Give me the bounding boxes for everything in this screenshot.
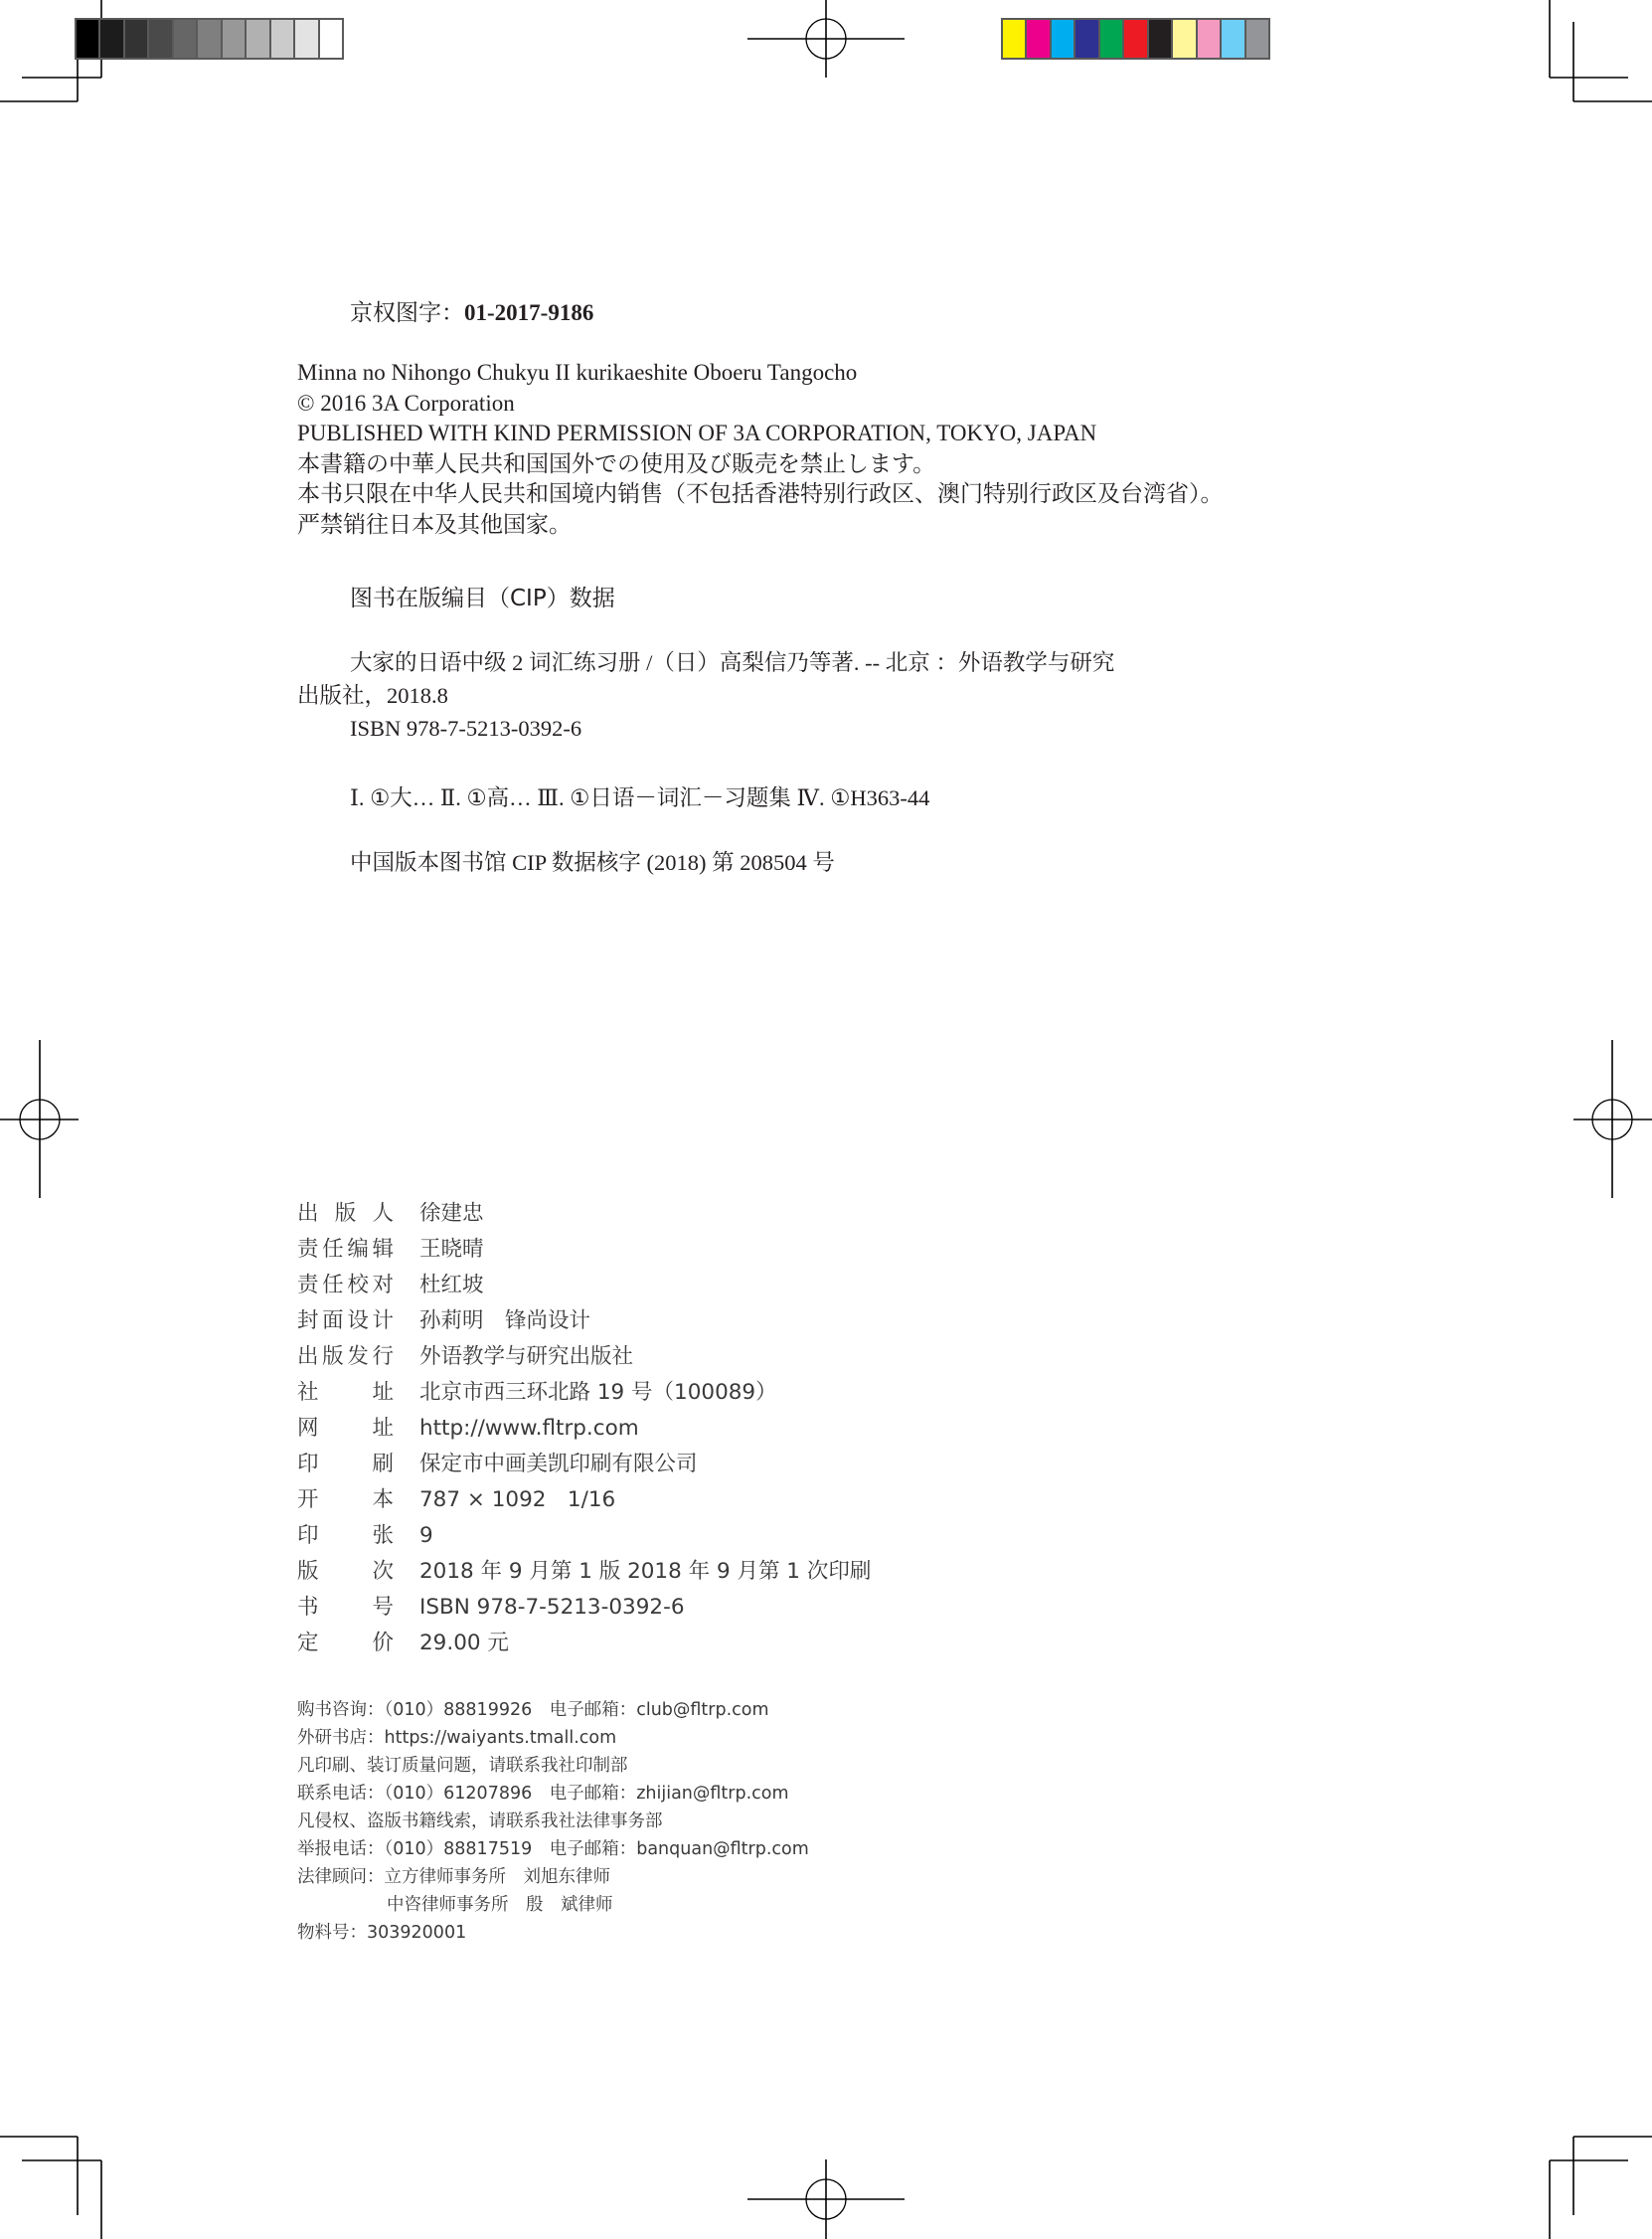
copyright-notice: © 2016 3A Corporation <box>297 389 1224 420</box>
credit-value: 787 × 1092 1/16 <box>419 1482 615 1518</box>
grayscale-swatch <box>271 20 293 58</box>
credit-row: 印刷保定市中画美凯印刷有限公司 <box>297 1447 871 1482</box>
japanese-sales-restriction: 本書籍の中華人民共和国国外での使用及び販売を禁止します。 <box>297 449 1224 480</box>
credit-label: 网址 <box>297 1411 394 1447</box>
credit-value: 29.00 元 <box>419 1626 509 1661</box>
credit-label-char: 张 <box>372 1518 394 1554</box>
material-number: 物料号：303920001 <box>297 1919 809 1947</box>
registration-mark-bottom-icon <box>747 2159 905 2239</box>
credit-label: 封面设计 <box>297 1303 394 1339</box>
credit-row: 网址http://www.fltrp.com <box>297 1411 871 1447</box>
crop-mark-top-right-icon <box>1550 0 1652 101</box>
credit-label-char: 刷 <box>372 1447 394 1482</box>
credit-value: 2018 年 9 月第 1 版 2018 年 9 月第 1 次印刷 <box>419 1554 871 1590</box>
grayscale-swatch <box>149 20 171 58</box>
credit-row: 出版发行外语教学与研究出版社 <box>297 1339 871 1375</box>
credit-label-char: 编 <box>347 1232 369 1268</box>
credit-value: 徐建忠 <box>419 1196 484 1232</box>
piracy-notice: 凡侵权、盗版书籍线索，请联系我社法律事务部 <box>297 1808 809 1835</box>
colophon-credits: 出版人徐建忠责任编辑王晓晴责任校对杜红坡封面设计孙莉明 锋尚设计出版发行外语教学… <box>297 1196 871 1661</box>
credit-label-char: 址 <box>372 1411 394 1447</box>
credit-value: 保定市中画美凯印刷有限公司 <box>419 1447 698 1482</box>
credit-label-char: 任 <box>322 1232 344 1268</box>
credit-row: 定价29.00 元 <box>297 1626 871 1661</box>
credit-row: 印张9 <box>297 1518 871 1554</box>
purchase-inquiry: 购书咨询：（010）88819926 电子邮箱：club@fltrp.com <box>297 1696 809 1724</box>
credit-row: 社址北京市西三环北路 19 号（100089） <box>297 1375 871 1411</box>
credit-label-char: 计 <box>372 1303 394 1339</box>
grayscale-swatch <box>198 20 220 58</box>
print-quality-notice: 凡印刷、装订质量问题，请联系我社印制部 <box>297 1752 809 1780</box>
grayscale-swatch <box>295 20 317 58</box>
color-swatch <box>1003 20 1025 58</box>
credit-label-char: 版 <box>335 1196 357 1232</box>
credit-label-char: 本 <box>372 1482 394 1518</box>
credit-label: 印刷 <box>297 1447 394 1482</box>
cip-isbn: ISBN 978-7-5213-0392-6 <box>297 712 1114 745</box>
credit-label-char: 责 <box>297 1232 319 1268</box>
chinese-sales-restriction: 本书只限在中华人民共和国境内销售（不包括香港特别行政区、澳门特别行政区及台湾省）… <box>297 479 1224 510</box>
cip-entry-line-2: 出版社，2018.8 <box>297 679 1114 712</box>
original-title: Minna no Nihongo Chukyu II kurikaeshite … <box>297 358 1224 389</box>
copyright-registration-label: 京权图字： <box>350 300 464 326</box>
color-swatch <box>1075 20 1097 58</box>
printer-marks <box>0 0 1652 2239</box>
color-swatch <box>1198 20 1220 58</box>
copyright-registration: 京权图字：01-2017-9186 <box>350 294 593 327</box>
credit-value: 外语教学与研究出版社 <box>419 1339 633 1375</box>
credit-label-char: 版 <box>297 1554 319 1590</box>
color-swatch <box>1173 20 1195 58</box>
color-swatch <box>1052 20 1074 58</box>
credit-label-char: 封 <box>297 1303 319 1339</box>
credit-label-char: 定 <box>297 1626 319 1661</box>
color-swatch <box>1149 20 1171 58</box>
credit-label-char: 印 <box>297 1447 319 1482</box>
crop-mark-bottom-right-icon <box>1550 2137 1652 2239</box>
credit-label: 定价 <box>297 1626 394 1661</box>
credit-label-char: 号 <box>372 1590 394 1626</box>
credit-label: 印张 <box>297 1518 394 1554</box>
credit-label-char: 人 <box>372 1196 394 1232</box>
credit-label: 开本 <box>297 1482 394 1518</box>
credit-label-char: 任 <box>322 1268 344 1303</box>
legal-counsel: 法律顾问：立方律师事务所 刘旭东律师 <box>297 1863 809 1891</box>
credit-label-char: 行 <box>372 1339 394 1375</box>
credit-row: 责任校对杜红坡 <box>297 1268 871 1303</box>
credit-label-char: 址 <box>372 1375 394 1411</box>
credit-label-char: 社 <box>297 1375 319 1411</box>
registration-mark-right-icon <box>1573 1040 1652 1198</box>
quality-contact: 联系电话：（010）61207896 电子邮箱：zhijian@fltrp.co… <box>297 1780 809 1808</box>
grayscale-swatch <box>247 20 268 58</box>
grayscale-swatch <box>320 20 342 58</box>
credit-label-char: 出 <box>297 1339 319 1375</box>
contact-information: 购书咨询：（010）88819926 电子邮箱：club@fltrp.com 外… <box>297 1696 809 1947</box>
piracy-report-contact: 举报电话：（010）88817519 电子邮箱：banquan@fltrp.co… <box>297 1835 809 1863</box>
credit-label: 责任编辑 <box>297 1232 394 1268</box>
cip-entry: 大家的日语中级 2 词汇练习册 /（日）高梨信乃等著. -- 北京 ：外语教学与… <box>297 646 1114 745</box>
credit-label-char: 辑 <box>372 1232 394 1268</box>
credit-label-char: 开 <box>297 1482 319 1518</box>
credit-label-char: 责 <box>297 1268 319 1303</box>
color-swatch <box>1246 20 1268 58</box>
credit-value: http://www.fltrp.com <box>419 1411 639 1447</box>
grayscale-swatch <box>77 20 98 58</box>
credit-label-char: 面 <box>322 1303 344 1339</box>
credit-label: 出版人 <box>297 1196 394 1232</box>
credit-label-char: 书 <box>297 1590 319 1626</box>
credit-value: 杜红坡 <box>419 1268 484 1303</box>
credit-label: 社址 <box>297 1375 394 1411</box>
color-swatch <box>1027 20 1049 58</box>
credit-row: 开本787 × 1092 1/16 <box>297 1482 871 1518</box>
color-swatch <box>1222 20 1243 58</box>
credit-value: 孙莉明 锋尚设计 <box>419 1303 590 1339</box>
grayscale-swatch <box>174 20 196 58</box>
credit-label-char: 价 <box>372 1626 394 1661</box>
color-swatch <box>1124 20 1146 58</box>
color-swatch <box>1100 20 1122 58</box>
cip-classification: Ⅰ. ①大… Ⅱ. ①高… Ⅲ. ①日语－词汇－习题集 Ⅳ. ①H363-44 <box>350 780 929 812</box>
cip-verification-number: 中国版本图书馆 CIP 数据核字 (2018) 第 208504 号 <box>350 845 835 877</box>
credit-value: 北京市西三环北路 19 号（100089） <box>419 1375 777 1411</box>
credit-label: 责任校对 <box>297 1268 394 1303</box>
export-prohibition: 严禁销往日本及其他国家。 <box>297 510 1224 541</box>
credit-label-char: 发 <box>347 1339 369 1375</box>
cip-title: 图书在版编目（CIP）数据 <box>350 580 615 612</box>
grayscale-swatch <box>223 20 245 58</box>
credit-label-char: 设 <box>347 1303 369 1339</box>
license-statement: Minna no Nihongo Chukyu II kurikaeshite … <box>297 358 1224 540</box>
online-store: 外研书店：https://waiyants.tmall.com <box>297 1724 809 1752</box>
crop-mark-bottom-left-icon <box>0 2137 101 2239</box>
grayscale-control-bar <box>75 18 344 60</box>
credit-label-char: 校 <box>347 1268 369 1303</box>
credit-label-char: 印 <box>297 1518 319 1554</box>
grayscale-swatch <box>125 20 147 58</box>
credit-row: 出版人徐建忠 <box>297 1196 871 1232</box>
credit-label-char: 网 <box>297 1411 319 1447</box>
credit-label-char: 对 <box>372 1268 394 1303</box>
credit-row: 书号ISBN 978-7-5213-0392-6 <box>297 1590 871 1626</box>
credit-label: 版次 <box>297 1554 394 1590</box>
grayscale-swatch <box>100 20 122 58</box>
credit-value: 王晓晴 <box>419 1232 484 1268</box>
registration-mark-top-icon <box>747 0 905 78</box>
credit-label: 书号 <box>297 1590 394 1626</box>
cip-entry-line-1: 大家的日语中级 2 词汇练习册 /（日）高梨信乃等著. -- 北京 ：外语教学与… <box>297 646 1114 679</box>
permission-notice: PUBLISHED WITH KIND PERMISSION OF 3A COR… <box>297 419 1224 449</box>
credit-label-char: 版 <box>322 1339 344 1375</box>
credit-row: 责任编辑王晓晴 <box>297 1232 871 1268</box>
copyright-registration-number: 01-2017-9186 <box>464 300 593 325</box>
registration-mark-left-icon <box>0 1040 79 1198</box>
credit-row: 版次2018 年 9 月第 1 版 2018 年 9 月第 1 次印刷 <box>297 1554 871 1590</box>
credit-value: 9 <box>419 1518 433 1554</box>
credit-label-char: 次 <box>372 1554 394 1590</box>
credit-label: 出版发行 <box>297 1339 394 1375</box>
legal-counsel-second: 中咨律师事务所 殷 斌律师 <box>297 1891 809 1919</box>
credit-label-char: 出 <box>297 1196 319 1232</box>
credit-value: ISBN 978-7-5213-0392-6 <box>419 1590 685 1626</box>
credit-row: 封面设计孙莉明 锋尚设计 <box>297 1303 871 1339</box>
color-control-bar <box>1001 18 1270 60</box>
